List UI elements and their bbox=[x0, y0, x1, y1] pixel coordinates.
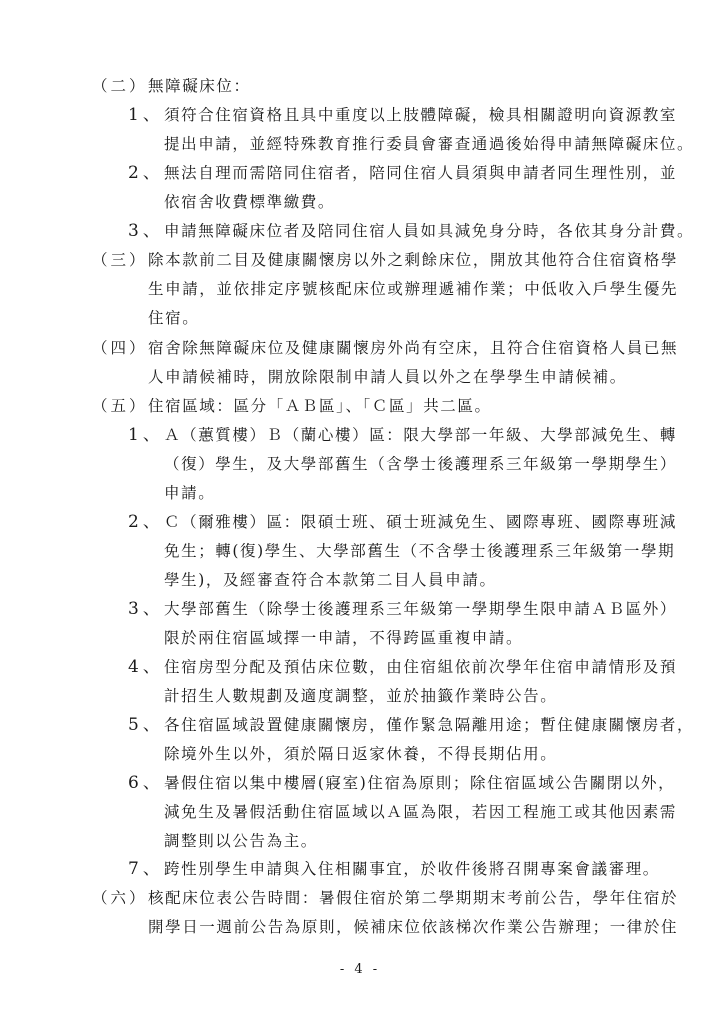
item-marker: 6、 bbox=[128, 769, 164, 798]
item-marker: 5、 bbox=[128, 711, 164, 740]
section-marker: （六） bbox=[92, 884, 148, 913]
item-marker: 2、 bbox=[128, 159, 164, 188]
item-text: 住宿房型分配及預估床位數，由住宿組依前次學年住宿申請情形及預 bbox=[164, 653, 677, 682]
item-marker: 3、 bbox=[128, 595, 164, 624]
section-marker: （四） bbox=[92, 334, 148, 363]
item-text: Ａ（蕙質樓）Ｂ（蘭心樓）區：限大學部一年級、大學部減免生、轉 bbox=[164, 421, 677, 450]
section-text: 開學日一週前公告為原則，候補床位依該梯次作業公告辦理；一律於住 bbox=[148, 913, 678, 942]
item-text: （復）學生，及大學部舊生（含學士後護理系三年級第一學期學生） bbox=[164, 450, 677, 479]
item-text: 提出申請，並經特殊教育推行委員會審查通過後始得申請無障礙床位。 bbox=[164, 130, 694, 159]
section-text: 生申請，並依排定序號核配床位或辦理遞補作業；中低收入戶學生優先 bbox=[148, 275, 678, 304]
section-marker: （二） bbox=[92, 72, 148, 101]
item-text: 免生；轉(復)學生、大學部舊生（不含學士後護理系三年級第一學期 bbox=[164, 537, 675, 566]
item-text: 各住宿區域設置健康關懷房，僅作緊急隔離用途；暫住健康關懷房者， bbox=[164, 711, 694, 740]
section-text: 宿舍除無障礙床位及健康關懷房外尚有空床，且符合住宿資格人員已無 bbox=[148, 334, 678, 363]
item-text: 限於兩住宿區域擇一申請，不得跨區重複申請。 bbox=[164, 624, 523, 653]
item-marker: 2、 bbox=[128, 508, 164, 537]
item-marker: 1、 bbox=[128, 421, 164, 450]
page-number: - 4 - bbox=[0, 962, 720, 977]
item-text: 調整則以公告為主。 bbox=[164, 827, 318, 856]
item-text: 除境外生以外，須於隔日返家休養，不得長期佔用。 bbox=[164, 740, 557, 769]
section-text: 住宿區域：區分「ＡＢ區」、「Ｃ區」共二區。 bbox=[148, 392, 492, 421]
section-text: 人申請候補時，開放除限制申請人員以外之在學學生申請候補。 bbox=[148, 363, 627, 392]
section-text: 無障礙床位： bbox=[148, 72, 251, 101]
item-text: 依宿舍收費標準繳費。 bbox=[164, 188, 335, 217]
item-marker: 7、 bbox=[128, 855, 164, 884]
item-marker: 3、 bbox=[128, 217, 164, 246]
item-text: 無法自理而需陪同住宿者，陪同住宿人員須與申請者同生理性別，並 bbox=[164, 159, 677, 188]
item-text: 跨性別學生申請與入住相關事宜，於收件後將召開專案會議審理。 bbox=[164, 855, 660, 884]
item-text: 學生)，及經審查符合本款第二目人員申請。 bbox=[164, 566, 497, 595]
item-text: 暑假住宿以集中樓層(寢室)住宿為原則；除住宿區域公告關閉以外， bbox=[164, 769, 675, 798]
section-text: 核配床位表公告時間：暑假住宿於第二學期期末考前公告，學年住宿於 bbox=[148, 884, 678, 913]
document-page: （二） 無障礙床位： 1、 須符合住宿資格且具中重度以上肢體障礙，檢具相關證明向… bbox=[0, 0, 720, 1018]
item-text: 計招生人數規劃及適度調整，並於抽籤作業時公告。 bbox=[164, 682, 557, 711]
section-marker: （五） bbox=[92, 392, 148, 421]
item-marker: 4、 bbox=[128, 653, 164, 682]
item-text: Ｃ（爾雅樓）區：限碩士班、碩士班減免生、國際專班、國際專班減 bbox=[164, 508, 677, 537]
section-text: 住宿。 bbox=[148, 304, 199, 333]
item-text: 申請無障礙床位者及陪同住宿人員如具減免身分時，各依其身分計費。 bbox=[164, 217, 694, 246]
item-text: 申請。 bbox=[164, 479, 215, 508]
section-text: 除本款前二目及健康關懷房以外之剩餘床位，開放其他符合住宿資格學 bbox=[148, 246, 678, 275]
item-marker: 1、 bbox=[128, 101, 164, 130]
item-text: 大學部舊生（除學士後護理系三年級第一學期學生限申請ＡＢ區外） bbox=[164, 595, 677, 624]
item-text: 須符合住宿資格且具中重度以上肢體障礙，檢具相關證明向資源教室 bbox=[164, 101, 677, 130]
section-marker: （三） bbox=[92, 246, 148, 275]
item-text: 減免生及暑假活動住宿區域以Ａ區為限，若因工程施工或其他因素需 bbox=[164, 798, 677, 827]
